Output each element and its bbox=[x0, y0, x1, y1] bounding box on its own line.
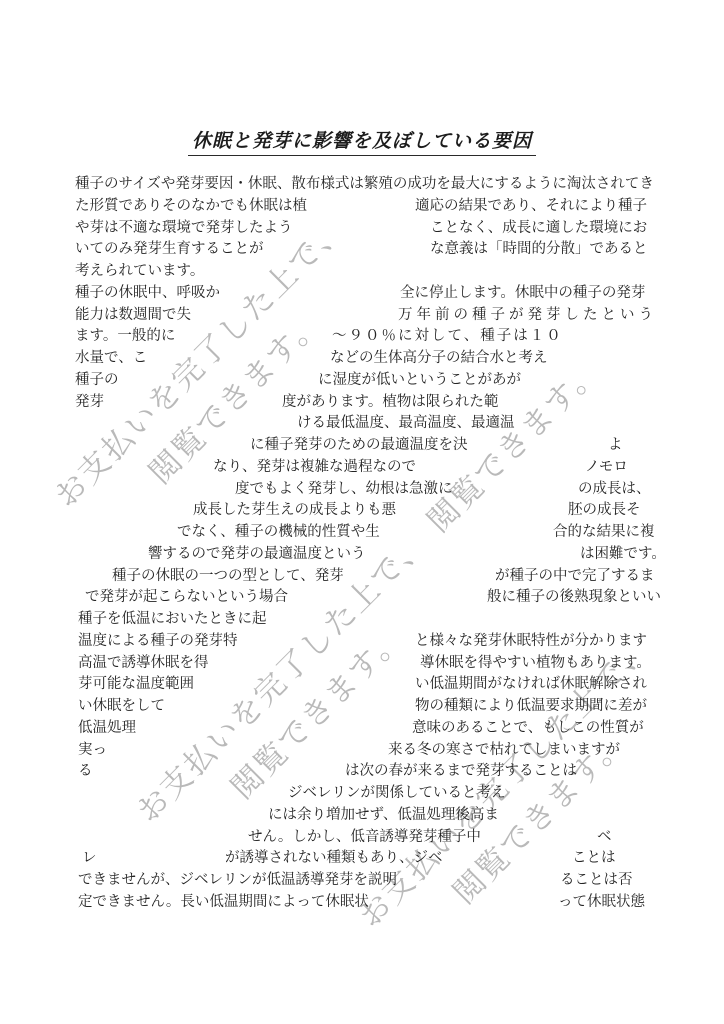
text-fragment: 来る冬の寒さで枯れてしまいますが bbox=[388, 738, 620, 759]
text-fragment: 考えられています。 bbox=[75, 259, 204, 280]
text-fragment: 万年前の種子が発芽したという bbox=[398, 303, 657, 324]
text-fragment: 物の種類により低温要求期間に差が bbox=[415, 694, 647, 715]
text-fragment: 芽可能な温度範囲 bbox=[78, 672, 194, 693]
text-line: ます。一般的に～９０％に対して、種子は１０ bbox=[0, 324, 724, 344]
text-fragment: と様々な発芽休眠特性が分かります bbox=[415, 629, 647, 650]
text-line: レが誘導されない種類もあり、ジベことは bbox=[0, 846, 724, 866]
text-line: 能力は数週間で失万年前の種子が発芽したという bbox=[0, 303, 724, 323]
text-fragment: ～９０％に対して、種子は１０ bbox=[332, 324, 563, 345]
text-fragment: 合的な結果に複 bbox=[553, 520, 655, 541]
text-line: で発芽が起こらないという場合般に種子の後熟現象といい bbox=[0, 585, 724, 605]
text-line: 種子を低温においたときに起 bbox=[0, 607, 724, 627]
text-line: た形質でありそのなかでも休眠は植適応の結果であり、それにより種子 bbox=[0, 194, 724, 214]
text-line: せん。しかし、低音誘導発芽種子中ベ bbox=[0, 825, 724, 845]
text-line: 種子の休眠の一つの型として、発芽が種子の中で完了するま bbox=[0, 564, 724, 584]
text-fragment: ノモロ bbox=[585, 455, 628, 476]
text-fragment: の成長は、 bbox=[578, 477, 651, 498]
text-line: ける最低温度、最高温度、最適温 bbox=[0, 411, 724, 431]
text-fragment: ことなく、成長に適した環境にお bbox=[430, 216, 647, 237]
text-fragment: な意義は「時間的分散」であると bbox=[430, 237, 648, 258]
text-line: いてのみ発芽生育することがな意義は「時間的分散」であると bbox=[0, 237, 724, 257]
text-fragment: 導休眠を得やすい植物もあります。 bbox=[420, 651, 651, 672]
text-fragment: できませんが、ジベレリンが低温誘導発芽を説明 bbox=[78, 868, 397, 889]
text-fragment: 温度による種子の発芽特 bbox=[78, 629, 238, 650]
text-line: 響するので発芽の最適温度というは困難です。 bbox=[0, 542, 724, 562]
text-fragment: い休眠をして bbox=[78, 694, 165, 715]
text-fragment: 種子の休眠の一つの型として、発芽 bbox=[112, 564, 344, 585]
document-text-layer: 休眠と発芽に影響を及ぼしている要因 種子のサイズや発芽要因・休眠、散布様式は繁殖… bbox=[0, 0, 724, 1024]
text-fragment: 実っ bbox=[78, 738, 107, 759]
text-fragment: には余り増加せず、低温処理後高ま bbox=[268, 803, 499, 824]
text-fragment: で発芽が起こらないという場合 bbox=[85, 585, 288, 606]
text-fragment: ことは bbox=[572, 846, 616, 867]
text-line: には余り増加せず、低温処理後高ま bbox=[0, 803, 724, 823]
text-line: 温度による種子の発芽特と様々な発芽休眠特性が分かります bbox=[0, 629, 724, 649]
text-line: 芽可能な温度範囲い低温期間がなければ休眠解除され bbox=[0, 672, 724, 692]
text-fragment: た形質でありそのなかでも休眠は植 bbox=[75, 194, 307, 215]
text-fragment: ます。一般的に bbox=[75, 324, 175, 345]
text-fragment: や芽は不適な環境で発芽したよう bbox=[75, 216, 293, 237]
text-fragment: 種子の bbox=[75, 368, 119, 389]
text-fragment: よ bbox=[608, 433, 623, 454]
text-line: 水量で、こなどの生体高分子の結合水と考え bbox=[0, 346, 724, 366]
text-fragment: 種子の休眠中、呼吸か bbox=[75, 281, 220, 302]
text-fragment: 度があります。植物は限られた範 bbox=[282, 390, 498, 411]
text-fragment: は次の春が来るまで発芽することは bbox=[345, 759, 577, 780]
text-fragment: 低温処理 bbox=[78, 716, 136, 737]
text-line: 高温で誘導休眠を得導休眠を得やすい植物もあります。 bbox=[0, 651, 724, 671]
text-line: でなく、種子の機械的性質や生合的な結果に複 bbox=[0, 520, 724, 540]
text-fragment: 定できません。長い低温期間によって休眠状 bbox=[78, 890, 369, 911]
text-fragment: 能力は数週間で失 bbox=[75, 303, 191, 324]
text-fragment: 種子のサイズや発芽要因・休眠、散布様式は繁殖の成功を最大にするように淘汰されてき bbox=[75, 172, 654, 193]
text-line: 発芽度があります。植物は限られた範 bbox=[0, 390, 724, 410]
text-fragment: でなく、種子の機械的性質や生 bbox=[177, 520, 380, 541]
text-line: 度でもよく発芽し、幼根は急激にの成長は、 bbox=[0, 477, 724, 497]
text-fragment: 発芽 bbox=[75, 390, 104, 411]
document-title-text: 休眠と発芽に影響を及ぼしている要因 bbox=[188, 126, 536, 156]
text-line: るは次の春が来るまで発芽することは bbox=[0, 759, 724, 779]
text-fragment: 意味のあることで、もしこの性質が bbox=[412, 716, 644, 737]
text-line: できませんが、ジベレリンが低温誘導発芽を説明ることは否 bbox=[0, 868, 724, 888]
text-line: 種子のサイズや発芽要因・休眠、散布様式は繁殖の成功を最大にするように淘汰されてき bbox=[0, 172, 724, 192]
text-fragment: レ bbox=[82, 846, 97, 867]
text-fragment: る bbox=[78, 759, 93, 780]
text-fragment: 全に停止します。休眠中の種子の発芽 bbox=[400, 281, 645, 302]
text-fragment: 度でもよく発芽し、幼根は急激に bbox=[235, 477, 453, 498]
text-line: 種子のに湿度が低いということがあが bbox=[0, 368, 724, 388]
text-line: や芽は不適な環境で発芽したようことなく、成長に適した環境にお bbox=[0, 216, 724, 236]
text-fragment: が誘導されない種類もあり、ジベ bbox=[225, 846, 443, 867]
text-fragment: 種子を低温においたときに起 bbox=[78, 607, 267, 628]
text-fragment: 胚の成長そ bbox=[568, 498, 641, 519]
text-fragment: 水量で、こ bbox=[75, 346, 147, 367]
text-fragment: 適応の結果であり、それにより種子 bbox=[415, 194, 647, 215]
text-fragment: が種子の中で完了するま bbox=[495, 564, 655, 585]
text-fragment: いてのみ発芽生育することが bbox=[75, 237, 264, 258]
text-line: 考えられています。 bbox=[0, 259, 724, 279]
text-fragment: に種子発芽のための最適温度を決 bbox=[250, 433, 468, 454]
text-line: に種子発芽のための最適温度を決よ bbox=[0, 433, 724, 453]
text-fragment: に湿度が低いということがあが bbox=[318, 368, 521, 389]
document-page: お支払いを完了した上で、閲覧できます。閲覧できます。お支払いを完了した上で、閲覧… bbox=[0, 0, 724, 1024]
text-line: なり、発芽は複雑な過程なのでノモロ bbox=[0, 455, 724, 475]
text-line: 成長した芽生えの成長よりも悪胚の成長そ bbox=[0, 498, 724, 518]
text-line: 実っ来る冬の寒さで枯れてしまいますが bbox=[0, 738, 724, 758]
text-line: 低温処理意味のあることで、もしこの性質が bbox=[0, 716, 724, 736]
text-line: い休眠をして物の種類により低温要求期間に差が bbox=[0, 694, 724, 714]
text-line: 種子の休眠中、呼吸か全に停止します。休眠中の種子の発芽 bbox=[0, 281, 724, 301]
text-fragment: などの生体高分子の結合水と考え bbox=[330, 346, 548, 367]
text-line: ジベレリンが関係していると考え bbox=[0, 781, 724, 801]
text-fragment: なり、発芽は複雑な過程なので bbox=[213, 455, 416, 476]
text-fragment: ける最低温度、最高温度、最適温 bbox=[297, 411, 515, 432]
text-fragment: は困難です。 bbox=[580, 542, 666, 563]
text-fragment: い低温期間がなければ休眠解除され bbox=[415, 672, 647, 693]
document-title: 休眠と発芽に影響を及ぼしている要因 bbox=[0, 126, 724, 156]
text-line: 定できません。長い低温期間によって休眠状って休眠状態 bbox=[0, 890, 724, 910]
text-fragment: 般に種子の後熟現象といい bbox=[487, 585, 661, 606]
text-fragment: 成長した芽生えの成長よりも悪 bbox=[193, 498, 396, 519]
text-fragment: せん。しかし、低音誘導発芽種子中 bbox=[248, 825, 481, 846]
text-fragment: ジベレリンが関係していると考え bbox=[288, 781, 506, 802]
text-fragment: ることは否 bbox=[560, 868, 633, 889]
text-fragment: 響するので発芽の最適温度という bbox=[148, 542, 366, 563]
text-fragment: って休眠状態 bbox=[558, 890, 645, 911]
text-fragment: ベ bbox=[597, 825, 612, 846]
text-fragment: 高温で誘導休眠を得 bbox=[78, 651, 209, 672]
